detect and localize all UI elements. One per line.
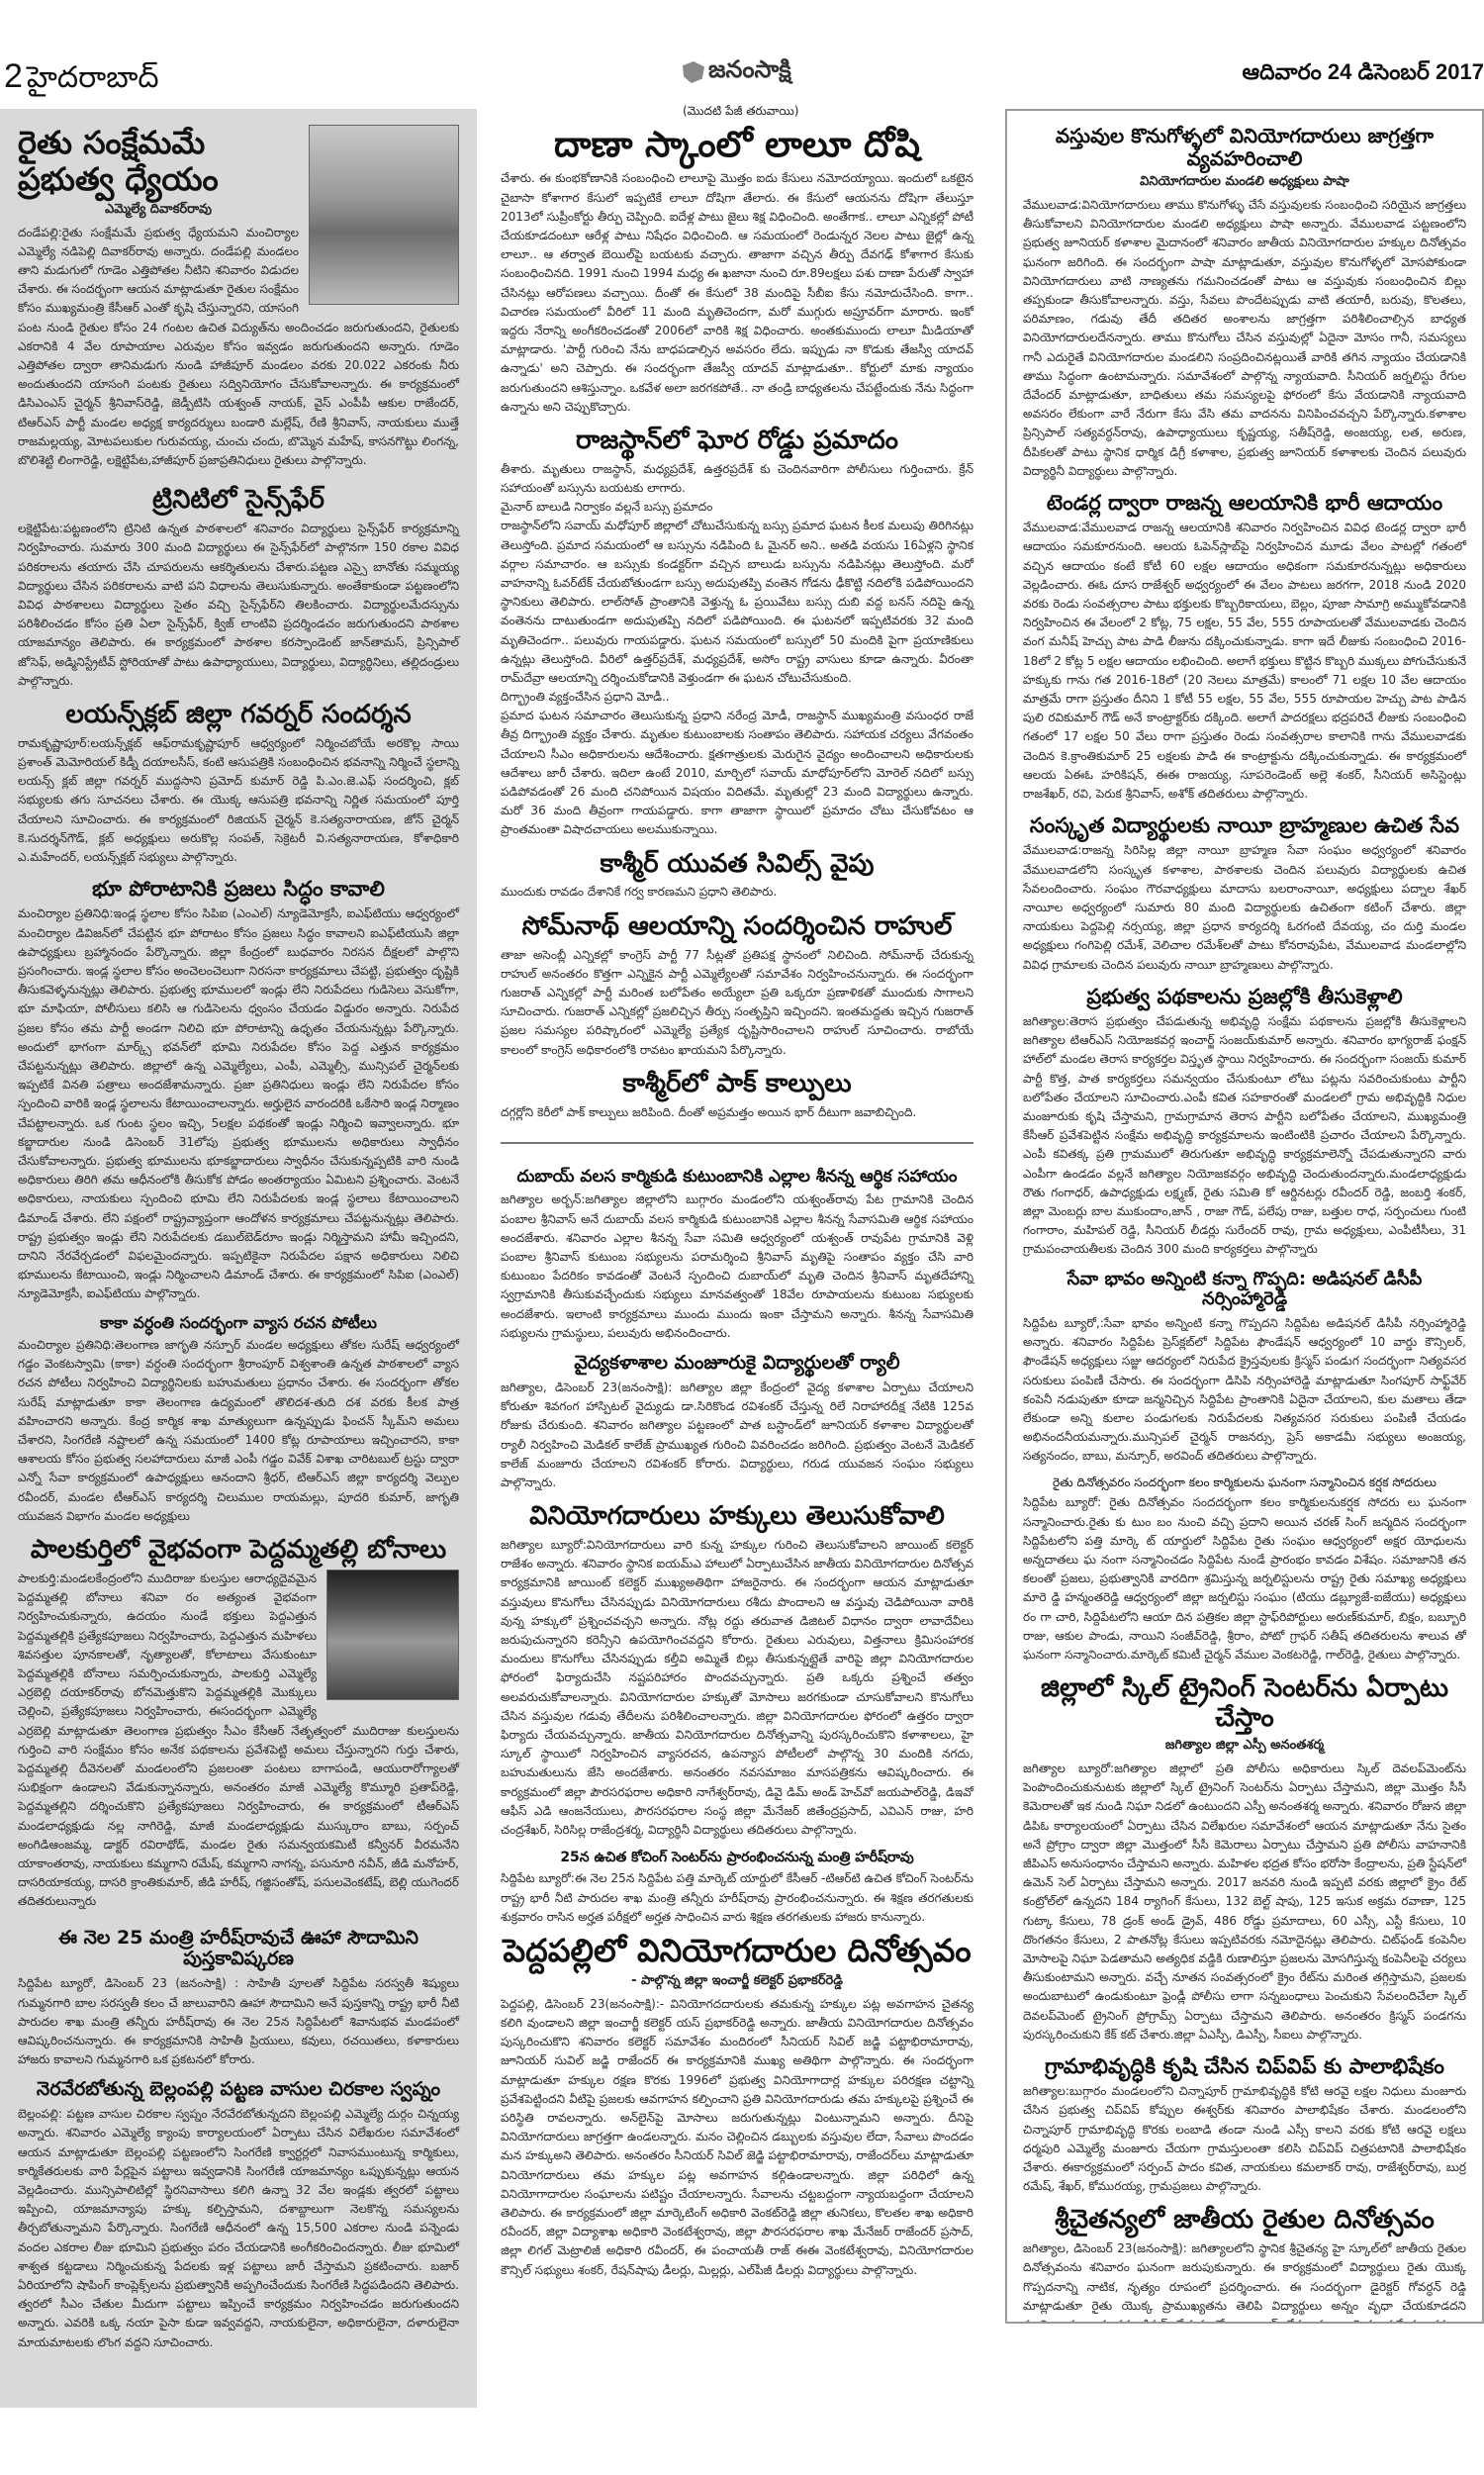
article-subhead-body: ప్రమాద ఘటన సమాచారం తెలుసుకున్న ప్రధాని న… [501, 707, 974, 839]
article-body: తీశారు. మృతులు రాజస్థాన్, మధ్యప్రదేశ్, ఉ… [501, 460, 974, 498]
newspaper-logo: జనంసాక్షి [683, 55, 791, 89]
section-name: హైదరాబాద్ [27, 61, 159, 94]
article-headline: వినియోగదారులు హక్కులు తెలుసుకోవాలి [501, 1502, 974, 1532]
article-farmer-welfare: రైతు సంక్షేమమే ప్రభుత్వ ధ్యేయం ఎమ్మెల్యే… [18, 125, 459, 480]
article-bellampalli: నెరవేరబోతున్న బెల్లంపల్లి పట్టణ వాసుల చి… [18, 2079, 459, 2351]
article-body: మంచిర్యాల ప్రతినిధి:ఇండ్ల స్థలాల కోసం సి… [18, 904, 459, 1303]
article-headline: రాజస్థాన్‌లో ఘోర రోడ్డు ప్రమాదం [501, 427, 974, 456]
article-body: జగిత్యాల:బుగ్గారం మండలంలోని చిన్నాపూర్ గ… [1023, 2082, 1466, 2196]
article-dubai-worker-aid: దుబాయ్ వలస కార్మికుడి కుటుంబానికి ఎల్లాల… [501, 1168, 974, 1343]
article-body: జగిత్యాల, డిసెంబర్ 23(జనంసాక్షి): జగిత్య… [501, 1379, 974, 1492]
article-science-fair: ట్రినిటిలో సైన్స్‌ఫేర్ లక్షెట్టిపేట:పట్ట… [18, 486, 459, 691]
middle-column: దాణా స్కాంలో లాలూ దోషి చేశారు. ఈ కుంభకోణ… [495, 119, 979, 2425]
article-chief-whip-abhishekam: గ్రామాభివృద్ధికి కృషి చేసిన చిప్‌విప్ కు… [1023, 2054, 1466, 2196]
article-body: వేములవాడ:రాజన్న సిరిసిల్ల జిల్లా నాయీ బ్… [1023, 841, 1466, 974]
article-headline: రైతు దినోత్సవరం సందర్భంగా కలం కార్మికులన… [1023, 1476, 1466, 1490]
article-headline: వైద్యకళాశాల మంజూరుకై విద్యార్థులతో ర్యాల… [501, 1353, 974, 1375]
article-service-spirit: సేవా భావం అన్నింటి కన్నా గొప్పది: అడిషనల… [1023, 1270, 1466, 1467]
article-skill-training: జిల్లాలో స్కిల్ ట్రైనింగ్ సెంటర్‌ను ఏర్ప… [1023, 1674, 1466, 2045]
article-body: ముందుకు రావడం దేశానికే గర్వ కారణమని ప్రధ… [501, 883, 974, 902]
article-land-struggle: భూ పోరాటానికి ప్రజలు సిద్ధం కావాలి మంచిర… [18, 877, 459, 1303]
publication-date: ఆదివారం 24 డిసెంబర్ 2017 [1242, 59, 1484, 90]
article-bonalu: పాలకుర్తిలో వైభవంగా పెద్దమ్మతల్లి బోనాలు… [18, 1536, 459, 1922]
article-body: సిద్దిపేట బ్యూరో, డిసెంబర్ 23 (జనంసాక్షి… [18, 1974, 459, 2069]
page-number: 2 [4, 57, 23, 95]
article-consumer-caution: వస్తువుల కొనుగోళ్ళలో వినియోగదారులు జాగ్ర… [1023, 125, 1466, 481]
article-lions-club: లయన్స్‌క్లబ్ జిల్లా గవర్నర్ సందర్శన రామక… [18, 701, 459, 867]
article-headline: శ్రీచైతన్యలో జాతీయ రైతుల దినోత్సవం [1023, 2206, 1466, 2236]
article-headline: ఈ నెల 25 మంత్రి హరీష్‌రావుచే ఊహా సౌదామిన… [18, 1928, 459, 1971]
masthead: 2హైదరాబాద్ జనంసాక్షి ఆదివారం 24 డిసెంబర్… [0, 0, 1484, 99]
article-headline: కాకా వర్ధంతి సందర్భంగా వ్యాస రచన పోటీలు [18, 1314, 459, 1332]
article-peddapalli-consumer-day: పెద్దపల్లిలో వినియోగదారుల దినోత్సవం - పా… [501, 1933, 974, 2280]
article-rajanna-temple-tenders: టెండర్ల ద్వారా రాజన్న ఆలయానికి భారీ ఆదాయ… [1023, 491, 1466, 804]
article-book-launch: ఈ నెల 25 మంత్రి హరీష్‌రావుచే ఊహా సౌదామిన… [18, 1928, 459, 2070]
article-headline: పెద్దపల్లిలో వినియోగదారుల దినోత్సవం [501, 1933, 974, 1969]
article-medical-college-rally: వైద్యకళాశాల మంజూరుకై విద్యార్థులతో ర్యాల… [501, 1353, 974, 1492]
article-lalu-fodder-scam: దాణా స్కాంలో లాలూ దోషి చేశారు. ఈ కుంభకోణ… [501, 125, 974, 417]
article-headline: వస్తువుల కొనుగోళ్ళలో వినియోగదారులు జాగ్ర… [1023, 125, 1466, 170]
article-subhead: మైనార్ బాలుడి నిర్వాకం వల్లనే బస్సు ప్రమ… [501, 498, 974, 517]
article-body: బెల్లంపల్లి: పట్టణ వాసుల చిరకాల స్వప్నం … [18, 2105, 459, 2352]
article-body: జగిత్యాల, డిసెంబర్ 23(జనంసాక్షి): జగిత్య… [1023, 2239, 1466, 2324]
article-photo [326, 1570, 459, 1700]
left-column: రైతు సంక్షేమమే ప్రభుత్వ ధ్యేయం ఎమ్మెల్యే… [0, 109, 477, 2408]
right-column: వస్తువుల కొనుగోళ్ళలో వినియోగదారులు జాగ్ర… [1005, 109, 1484, 2324]
article-headline: సంస్కృత విద్యార్థులకు నాయీ బ్రాహ్మణుల ఉచ… [1023, 813, 1466, 837]
article-body: జగిత్యాల బ్యూరో:వినియోగదారులు వారి కున్న… [501, 1536, 974, 1840]
article-headline: టెండర్ల ద్వారా రాజన్న ఆలయానికి భారీ ఆదాయ… [1023, 491, 1466, 515]
article-consumer-rights: వినియోగదారులు హక్కులు తెలుసుకోవాలి జగిత్… [501, 1502, 974, 1840]
article-body: పెద్దపల్లి, డిసెంబర్ 23(జనంసాక్షి):- విన… [501, 1995, 974, 2280]
article-body: దగ్గర్లోని కెరీలో పాక్ కాల్పులు జరిపింది… [501, 1103, 974, 1122]
article-headline: పాలకుర్తిలో వైభవంగా పెద్దమ్మతల్లి బోనాలు [18, 1536, 459, 1566]
logo-text: జనంసాక్షి [708, 55, 791, 89]
article-essay-competition: కాకా వర్ధంతి సందర్భంగా వ్యాస రచన పోటీలు … [18, 1314, 459, 1526]
article-headline: భూ పోరాటానికి ప్రజలు సిద్ధం కావాలి [18, 877, 459, 901]
article-headline: కాశ్మీర్ యువత సివిల్స్ వైపు [501, 850, 974, 880]
article-body: లక్షెట్టిపేట:పట్టణంలోని ట్రినిటి ఉన్నత ప… [18, 520, 459, 691]
article-headline: సేవా భావం అన్నింటి కన్నా గొప్పది: అడిషనల… [1023, 1270, 1466, 1310]
article-body: జగిత్యాల:తెరాస ప్రభుత్వం చేపడుతున్న అభివ… [1023, 1012, 1466, 1260]
article-headline: కాశ్మీర్‌లో పాక్ కాల్పులు [501, 1070, 974, 1099]
article-subhead-body: రాజస్థాన్‌లోని సవాయ్ మధోపూర్ జిల్లాలో చో… [501, 517, 974, 688]
article-nayee-brahmin-service: సంస్కృత విద్యార్థులకు నాయీ బ్రాహ్మణుల ఉచ… [1023, 813, 1466, 975]
article-body: చేశారు. ఈ కుంభకోణానికి సంబంధించి లాలూపై … [501, 169, 974, 417]
article-headline: 25న ఉచిత కోచింగ్ సెంటర్‌ను ప్రారంభించనున… [501, 1850, 974, 1865]
article-pak-firing: కాశ్మీర్‌లో పాక్ కాల్పులు దగ్గర్లోని కెర… [501, 1070, 974, 1122]
article-byline: వినియోగదారుల మండలి అధ్యక్షులు పాషా [1023, 174, 1466, 192]
article-body: సిద్దిపేట బ్యూరో: రైతు దినోత్సవం సందదర్భ… [1023, 1493, 1466, 1665]
article-body: సిద్దిపేట బ్యూరో:ఈ నెల 25న సిద్దిపేట పత్… [501, 1869, 974, 1927]
article-headline: లయన్స్‌క్లబ్ జిల్లా గవర్నర్ సందర్శన [18, 701, 459, 730]
article-body: సిద్దిపేట బ్యూరో,:సేవా భావం అన్నింటి కన్… [1023, 1314, 1466, 1467]
article-headline: జిల్లాలో స్కిల్ ట్రైనింగ్ సెంటర్‌ను ఏర్ప… [1023, 1674, 1466, 1734]
page-number-section: 2హైదరాబాద్ [4, 57, 159, 102]
article-headline: గ్రామాభివృద్ధికి కృషి చేసిన చిప్‌విప్ కు… [1023, 2054, 1466, 2078]
article-rahul-somnath: సోమ్‌నాథ్ ఆలయాన్ని సందర్శించిన రాహుల్ తా… [501, 912, 974, 1060]
article-body: మంచిర్యాల ప్రతినిధి:తెలంగాణ జాగృతి నస్పూ… [18, 1336, 459, 1526]
article-subhead: దిగ్భ్రాంతి వ్యక్తంచేసిన ప్రధాని మోడీ.. [501, 688, 974, 707]
article-farmers-day-school: శ్రీచైతన్యలో జాతీయ రైతుల దినోత్సవం జగిత్… [1023, 2206, 1466, 2324]
section-divider [501, 1142, 974, 1144]
telangana-map-icon [683, 61, 704, 83]
article-headline: దుబాయ్ వలస కార్మికుడి కుటుంబానికి ఎల్లాల… [501, 1168, 974, 1188]
article-headline: ట్రినిటిలో సైన్స్‌ఫేర్ [18, 486, 459, 516]
article-headline: ప్రభుత్వ పథకాలను ప్రజల్లోకి తీసుకెళ్లాలి [1023, 985, 1466, 1008]
article-headline: సోమ్‌నాథ్ ఆలయాన్ని సందర్శించిన రాహుల్ [501, 912, 974, 942]
article-photo [309, 125, 459, 305]
article-body: తాజా అసెంబ్లీ ఎన్నికల్లో కాంగ్రెస్ పార్ట… [501, 946, 974, 1060]
article-journalists-honored: రైతు దినోత్సవరం సందర్భంగా కలం కార్మికులన… [1023, 1476, 1466, 1666]
article-kashmir-youth: కాశ్మీర్ యువత సివిల్స్ వైపు ముందుకు రావడ… [501, 850, 974, 903]
article-free-coaching: 25న ఉచిత కోచింగ్ సెంటర్‌ను ప్రారంభించనున… [501, 1850, 974, 1927]
article-body: వేములవాడ:వేములవాడ రాజన్న ఆలయానికి శనివార… [1023, 519, 1466, 804]
article-headline: నెరవేరబోతున్న బెల్లంపల్లి పట్టణ వాసుల చి… [18, 2079, 459, 2101]
article-headline: దాణా స్కాంలో లాలూ దోషి [501, 125, 974, 165]
article-body: జగిత్యాల అర్బన్:జగిత్యాల జిల్లాలోని బుగ్… [501, 1190, 974, 1343]
article-rajasthan-accident: రాజస్థాన్‌లో ఘోర రోడ్డు ప్రమాదం తీశారు. … [501, 427, 974, 840]
article-byline: - పాల్గొన్న జిల్లా ఇంచార్జీ కలెక్టర్ ప్ర… [501, 1973, 974, 1991]
article-body: వేములవాడ:వినియోగదారులు తాము కొనుగోళ్ళు చ… [1023, 196, 1466, 481]
article-body: రామకృష్ణాపూర్:లయన్స్‌క్లబ్ ఆఫ్‌రామకృష్ణా… [18, 734, 459, 867]
article-govt-schemes: ప్రభుత్వ పథకాలను ప్రజల్లోకి తీసుకెళ్లాలి… [1023, 985, 1466, 1260]
article-body: జగిత్యాల బ్యూరో:జగిత్యాల జిల్లాలో ప్రతి … [1023, 1760, 1466, 2045]
article-byline: జగిత్యాల జిల్లా ఎస్పీ అనంతశర్మ [1023, 1738, 1466, 1756]
